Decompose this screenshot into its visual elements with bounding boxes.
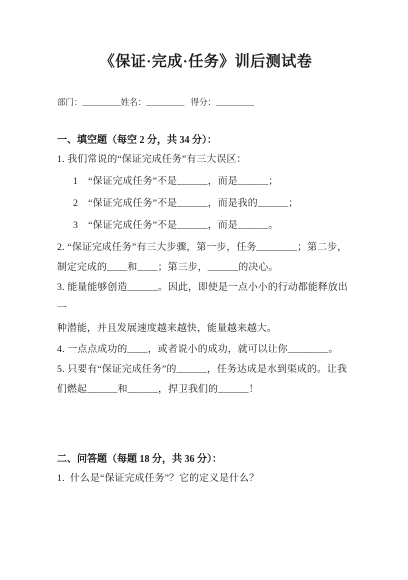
question-line: 5. 只要有“保证完成任务”的______，任务达成是水到渠成的。让我 bbox=[57, 360, 355, 380]
test-paper-page: 《保证·完成·任务》训后测试卷 部门：_________姓名：_________… bbox=[0, 0, 408, 580]
department-blank: _________ bbox=[83, 97, 121, 107]
meta-line: 部门：_________姓名：_________得分：_________ bbox=[57, 96, 355, 108]
score-blank: _________ bbox=[216, 97, 254, 107]
name-label: 姓名： bbox=[121, 97, 147, 107]
section-fill-blanks: 一、填空题（每空 2 分，共 34 分）： 1. 我们常说的“保证完成任务”有三… bbox=[57, 134, 355, 401]
question-line: 4. 一点点成功的____，或者说小的成功，就可以让你________。 bbox=[57, 340, 355, 360]
section-heading: 一、填空题（每空 2 分，共 34 分）： bbox=[57, 134, 355, 148]
question-line: 制定完成的____和____；第三步，______的决心。 bbox=[57, 258, 355, 278]
question-line: 2. “保证完成任务”有三大步骤，第一步，任务________；第二步， bbox=[57, 238, 355, 258]
question-line: 3. 能量能够创造______。因此，即使是一点小小的行动都能释放出一 bbox=[57, 278, 355, 319]
score-label: 得分： bbox=[191, 97, 217, 107]
sub-item-line: 1 “保证完成任务”不是______，而是______； bbox=[57, 172, 355, 192]
question-line: 种潜能，并且发展速度越来越快，能量越来越大。 bbox=[57, 319, 355, 339]
question-line: 们燃起______和______，捍卫我们的______！ bbox=[57, 380, 355, 400]
name-blank: _________ bbox=[146, 97, 184, 107]
question-line: 1. 我们常说的“保证完成任务”有三大误区： bbox=[57, 150, 355, 170]
section-heading: 二、问答题（每题 18 分，共 36 分）： bbox=[57, 453, 355, 467]
sub-item-line: 2 “保证完成任务”不是______，而是我的______； bbox=[57, 194, 355, 214]
sub-item-line: 3 “保证完成任务”不是______，而是______。 bbox=[57, 216, 355, 236]
page-title: 《保证·完成·任务》训后测试卷 bbox=[57, 53, 355, 72]
question-line: 1. 什么是“保证完成任务”？它的定义是什么？ bbox=[57, 469, 355, 489]
section-qa: 二、问答题（每题 18 分，共 36 分）： 1. 什么是“保证完成任务”？它的… bbox=[57, 453, 355, 489]
department-label: 部门： bbox=[57, 97, 83, 107]
